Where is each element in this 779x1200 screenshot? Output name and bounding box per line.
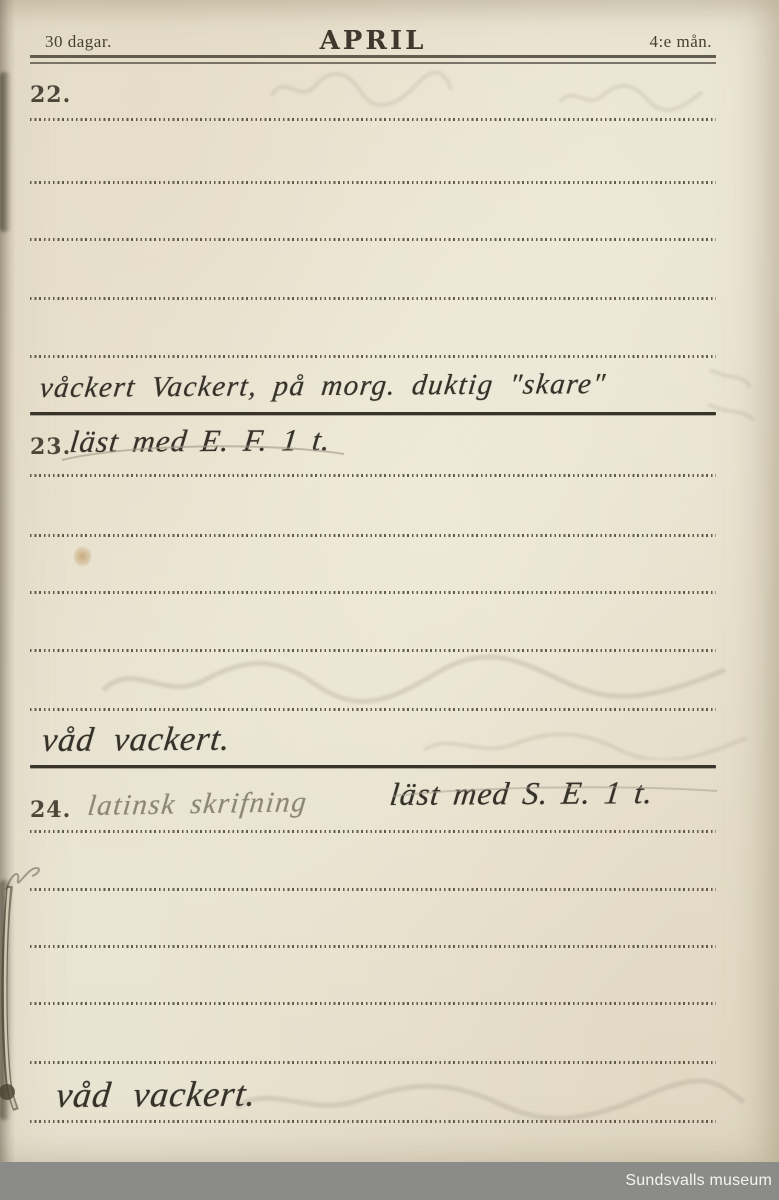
- handwriting-entry-24-pencil: latinsk skrifning: [86, 786, 309, 823]
- ruled-line: [30, 181, 716, 184]
- page-header: 30 dagar. APRIL 4:e mån.: [30, 26, 716, 56]
- entry-divider-line: [30, 412, 716, 415]
- bleed-through-ghost: [265, 66, 455, 108]
- bleed-through-ghost: [420, 728, 750, 760]
- bleed-through-ghost: [230, 1076, 750, 1122]
- handwriting-entry-22-weather: våckert Vackert, på morg. duktig "skare": [38, 368, 608, 405]
- day-number-22: 22.: [30, 82, 71, 108]
- ruled-line: [30, 238, 716, 241]
- ruled-line: [30, 888, 716, 891]
- ruled-line: [30, 118, 716, 121]
- month-title: APRIL: [30, 26, 716, 56]
- ruled-line: [30, 591, 716, 594]
- pencil-strike-mark: [390, 782, 720, 802]
- ruled-line: [30, 708, 716, 711]
- ruled-line: [30, 355, 716, 358]
- entry-divider-line: [30, 765, 716, 768]
- paper-stain: [74, 546, 91, 567]
- bleed-through-ghost: [95, 650, 735, 708]
- header-rule-thick: [30, 55, 716, 58]
- pencil-strike-mark: [58, 440, 348, 466]
- handwriting-entry-24-weather: våd vackert.: [54, 1073, 259, 1116]
- bleed-through-ghost: [700, 360, 760, 430]
- binding-shadow-upper: [0, 72, 10, 232]
- ruled-line: [30, 474, 716, 477]
- credit-bar: Sundsvalls museum: [0, 1162, 779, 1200]
- ruled-line: [30, 830, 716, 833]
- diary-page-scan: 30 dagar. APRIL 4:e mån. 22. våckert Vac…: [0, 0, 779, 1162]
- museum-credit-label: Sundsvalls museum: [625, 1172, 779, 1190]
- handwriting-entry-23-weather: våd vackert.: [40, 721, 233, 760]
- binding-thread: [0, 878, 22, 1118]
- ruled-line: [30, 1002, 716, 1005]
- month-number-label: 4:e mån.: [649, 32, 712, 52]
- ruled-line: [30, 1061, 716, 1064]
- day-number-24: 24.: [30, 797, 71, 823]
- header-rule-thin: [30, 62, 716, 64]
- bleed-through-ghost: [556, 80, 706, 112]
- ruled-line: [30, 534, 716, 537]
- ruled-line: [30, 297, 716, 300]
- ruled-line: [30, 945, 716, 948]
